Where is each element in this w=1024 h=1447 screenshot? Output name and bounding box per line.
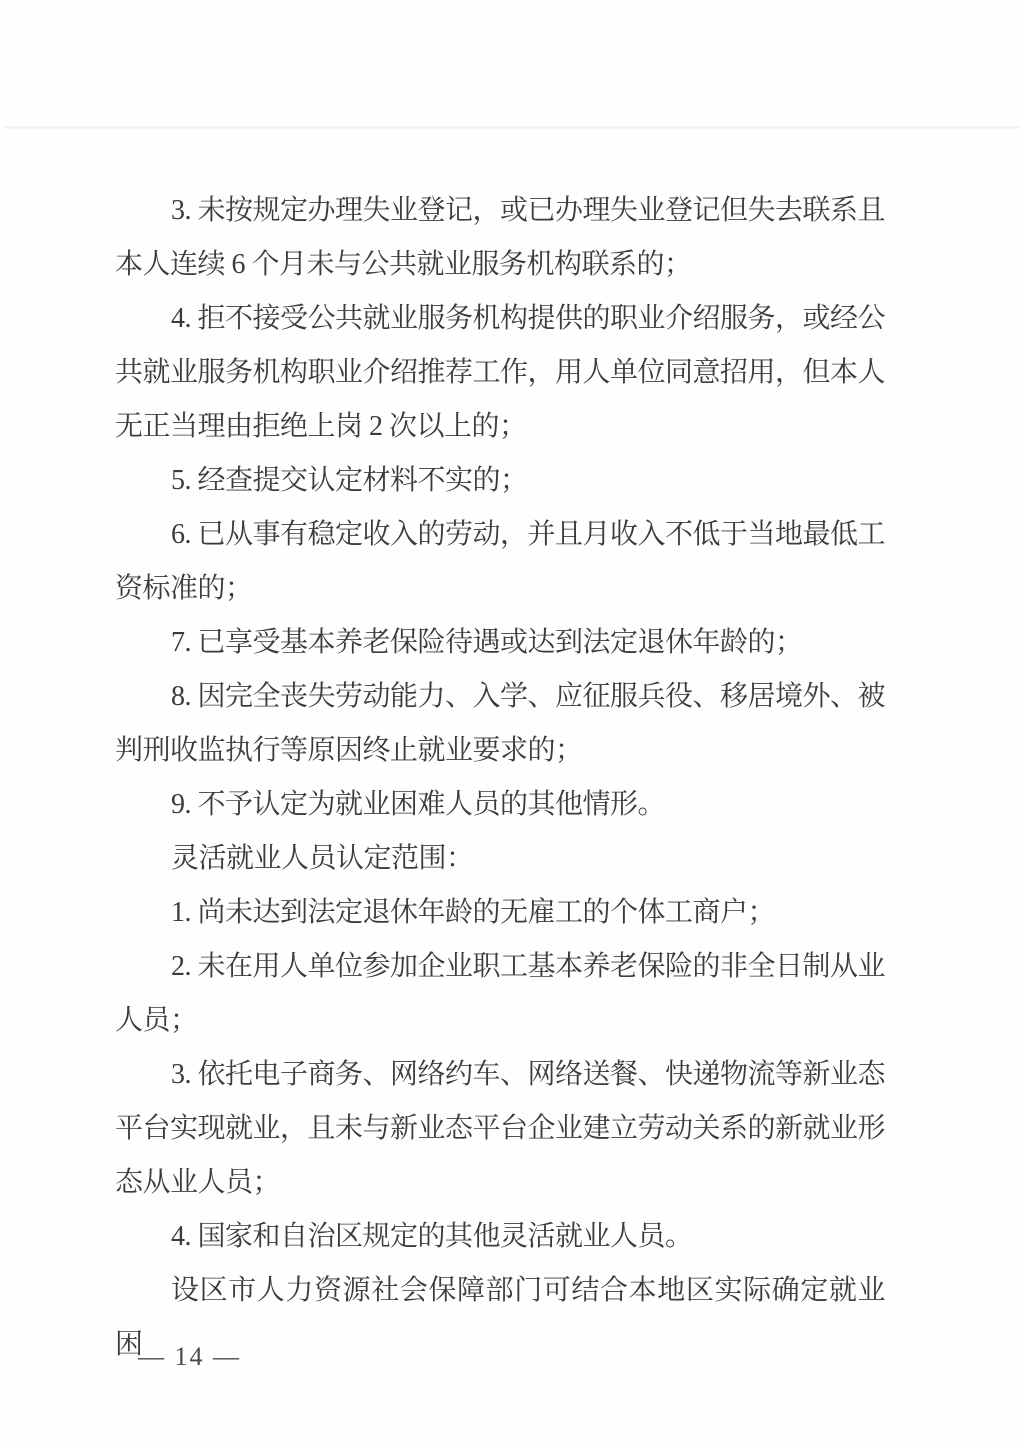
list-item-5-false-materials: 5. 经查提交认定材料不实的；: [115, 454, 885, 508]
document-body: 3. 未按规定办理失业登记，或已办理失业登记但失去联系且本人连续 6 个月未与公…: [115, 184, 885, 1372]
heading-flexible-employment-scope: 灵活就业人员认定范围：: [115, 832, 885, 886]
flex-item-4-other-flexible-workers: 4. 国家和自治区规定的其他灵活就业人员。: [115, 1210, 885, 1264]
flex-item-2-part-time-workers: 2. 未在用人单位参加企业职工基本养老保险的非全日制从业人员；: [115, 940, 885, 1048]
flex-item-1-individual-business: 1. 尚未达到法定退休年龄的无雇工的个体工商户；: [115, 886, 885, 940]
scan-artifact-line: [4, 126, 1020, 129]
list-item-9-other-circumstances: 9. 不予认定为就业困难人员的其他情形。: [115, 778, 885, 832]
list-item-3-unregistered-unemployment: 3. 未按规定办理失业登记，或已办理失业登记但失去联系且本人连续 6 个月未与公…: [115, 184, 885, 292]
list-item-4-refused-job-referral: 4. 拒不接受公共就业服务机构提供的职业介绍服务，或经公共就业服务机构职业介绍推…: [115, 292, 885, 454]
list-item-7-pension-or-retirement-age: 7. 已享受基本养老保险待遇或达到法定退休年龄的；: [115, 616, 885, 670]
list-item-6-stable-income: 6. 已从事有稳定收入的劳动，并且月收入不低于当地最低工资标准的；: [115, 508, 885, 616]
list-item-8-terminated-employment-demand: 8. 因完全丧失劳动能力、入学、应征服兵役、移居境外、被判刑收监执行等原因终止就…: [115, 670, 885, 778]
flex-item-3-new-economy-platform-workers: 3. 依托电子商务、网络约车、网络送餐、快递物流等新业态平台实现就业，且未与新业…: [115, 1048, 885, 1210]
document-page: 3. 未按规定办理失业登记，或已办理失业登记但失去联系且本人连续 6 个月未与公…: [0, 0, 1024, 1447]
page-number: — 14 —: [138, 1340, 241, 1374]
